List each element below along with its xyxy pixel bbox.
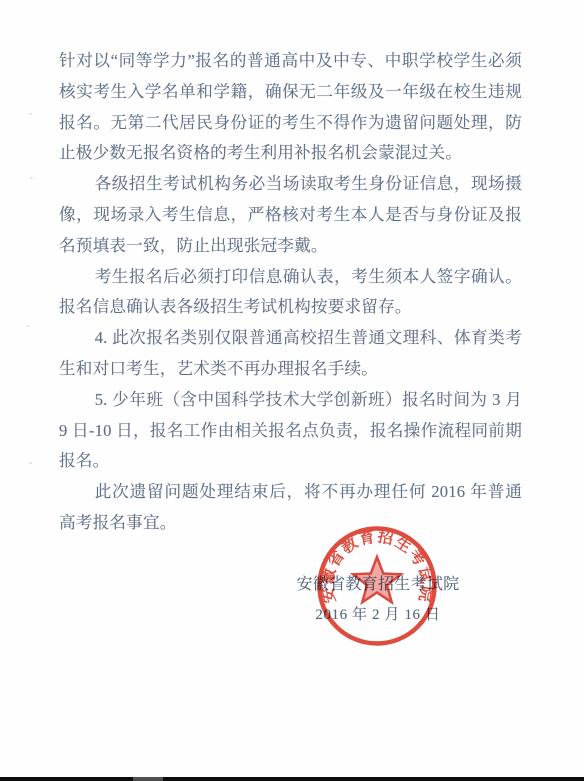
scan-speck: [29, 462, 32, 464]
paragraph: 针对以“同等学力”报名的普通高中及中专、中职学校学生必须核实考生入学名单和学籍，…: [59, 46, 522, 169]
scan-speck: [27, 325, 30, 327]
scanner-edge-artifact: [0, 777, 584, 781]
document-body: 针对以“同等学力”报名的普通高中及中专、中职学校学生必须核实考生入学名单和学籍，…: [59, 46, 522, 539]
paragraph: 4. 此次报名类别仅限普通高校招生普通文理科、体育类考生和对口考生，艺术类不再办…: [59, 323, 522, 385]
scan-speck: [30, 177, 33, 179]
scanner-edge-artifact-light-segment: [133, 777, 163, 781]
star-icon: [353, 557, 401, 602]
official-seal-stamp: 安徽省教育招生考试院: [312, 521, 442, 651]
scanned-document-page: 针对以“同等学力”报名的普通高中及中专、中职学校学生必须核实考生入学名单和学籍，…: [0, 0, 584, 781]
paragraph: 此次遗留问题处理结束后，将不再办理任何 2016 年普通高考报名事宜。: [59, 477, 522, 539]
paragraph: 5. 少年班（含中国科学技术大学创新班）报名时间为 3 月 9 日-10 日，报…: [59, 385, 522, 477]
paragraph: 各级招生考试机构务必当场读取考生身份证信息，现场摄像，现场录入考生信息，严格核对…: [59, 169, 522, 261]
scan-speck: [29, 113, 32, 115]
paragraph: 考生报名后必须打印信息确认表，考生须本人签字确认。报名信息确认表各级招生考试机构…: [59, 262, 522, 324]
